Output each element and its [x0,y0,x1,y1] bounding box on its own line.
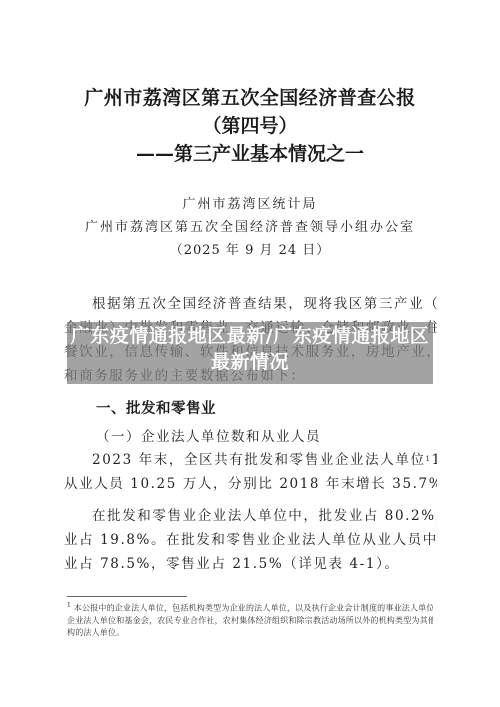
overlay-banner-title: 广东疫情通报地区最新/广东疫情通报地区最新情况 [67,323,433,375]
paragraph-line: 业占 19.8%。在批发和零售业企业法人单位从业人员中，批发 [64,528,437,552]
document-subtitle: ——第三产业基本情况之一 [0,142,500,166]
issuer-census-office: 广州市荔湾区第五次全国经济普查领导小组办公室 [0,219,500,237]
document-title: 广州市荔湾区第五次全国经济普查公报 [0,86,500,110]
paragraph-line: 根据第五次全国经济普查结果，现将我区第三产业（不含 [64,292,437,316]
footnote-reference[interactable]: 1 [426,455,432,463]
enterprise-count-paragraph: 2023 年末，全区共有批发和零售业企业法人单位118524 个， 从业人员 1… [64,448,437,496]
paragraph-line: 从业人员 10.25 万人，分别比 2018 年末增长 35.7%和 23.5%… [64,472,437,496]
footnote-divider [67,596,187,597]
subsection-heading: （一）企业法人单位数和从业人员 [96,427,321,447]
footnote: 1 本公报中的企业法人单位，包括机构类型为企业的法人单位，以及执行企业会计制度的… [67,600,433,639]
paragraph-text: 18524 个， [432,452,437,468]
issuer-statistics-bureau: 广州市荔湾区统计局 [0,196,500,214]
share-breakdown-paragraph: 在批发和零售业企业法人单位中，批发业占 80.2%，零售 业占 19.8%。在批… [64,504,437,576]
document-issue-number: （第四号） [0,114,500,138]
paragraph-line: 业占 78.5%，零售业占 21.5%（详见表 4-1）。 [64,552,437,576]
footnote-line: 1 本公报中的企业法人单位，包括机构类型为企业的法人单位，以及执行企业会计制度的… [67,600,433,615]
paragraph-text: 2023 年末，全区共有批发和零售业企业法人单位 [92,452,426,468]
publication-date: （2025 年 9 月 24 日） [0,242,500,260]
footnote-line: 构的法人单位。 [67,627,433,639]
section-heading: 一、批发和零售业 [96,399,216,419]
footnote-text: 本公报中的企业法人单位，包括机构类型为企业的法人单位，以及执行企业会计制度的事业… [74,604,433,613]
paragraph-line: 在批发和零售业企业法人单位中，批发业占 80.2%，零售 [64,504,437,528]
paragraph-line: 2023 年末，全区共有批发和零售业企业法人单位118524 个， [64,448,437,472]
document-page: 广州市荔湾区第五次全国经济普查公报 （第四号） ——第三产业基本情况之一 广州市… [0,0,500,707]
footnote-line: 企业法人单位和基金会，农民专业合作社，农村集体经济组织和除宗教活动场所以外的机构… [67,615,433,627]
footnote-marker: 1 [67,602,71,609]
